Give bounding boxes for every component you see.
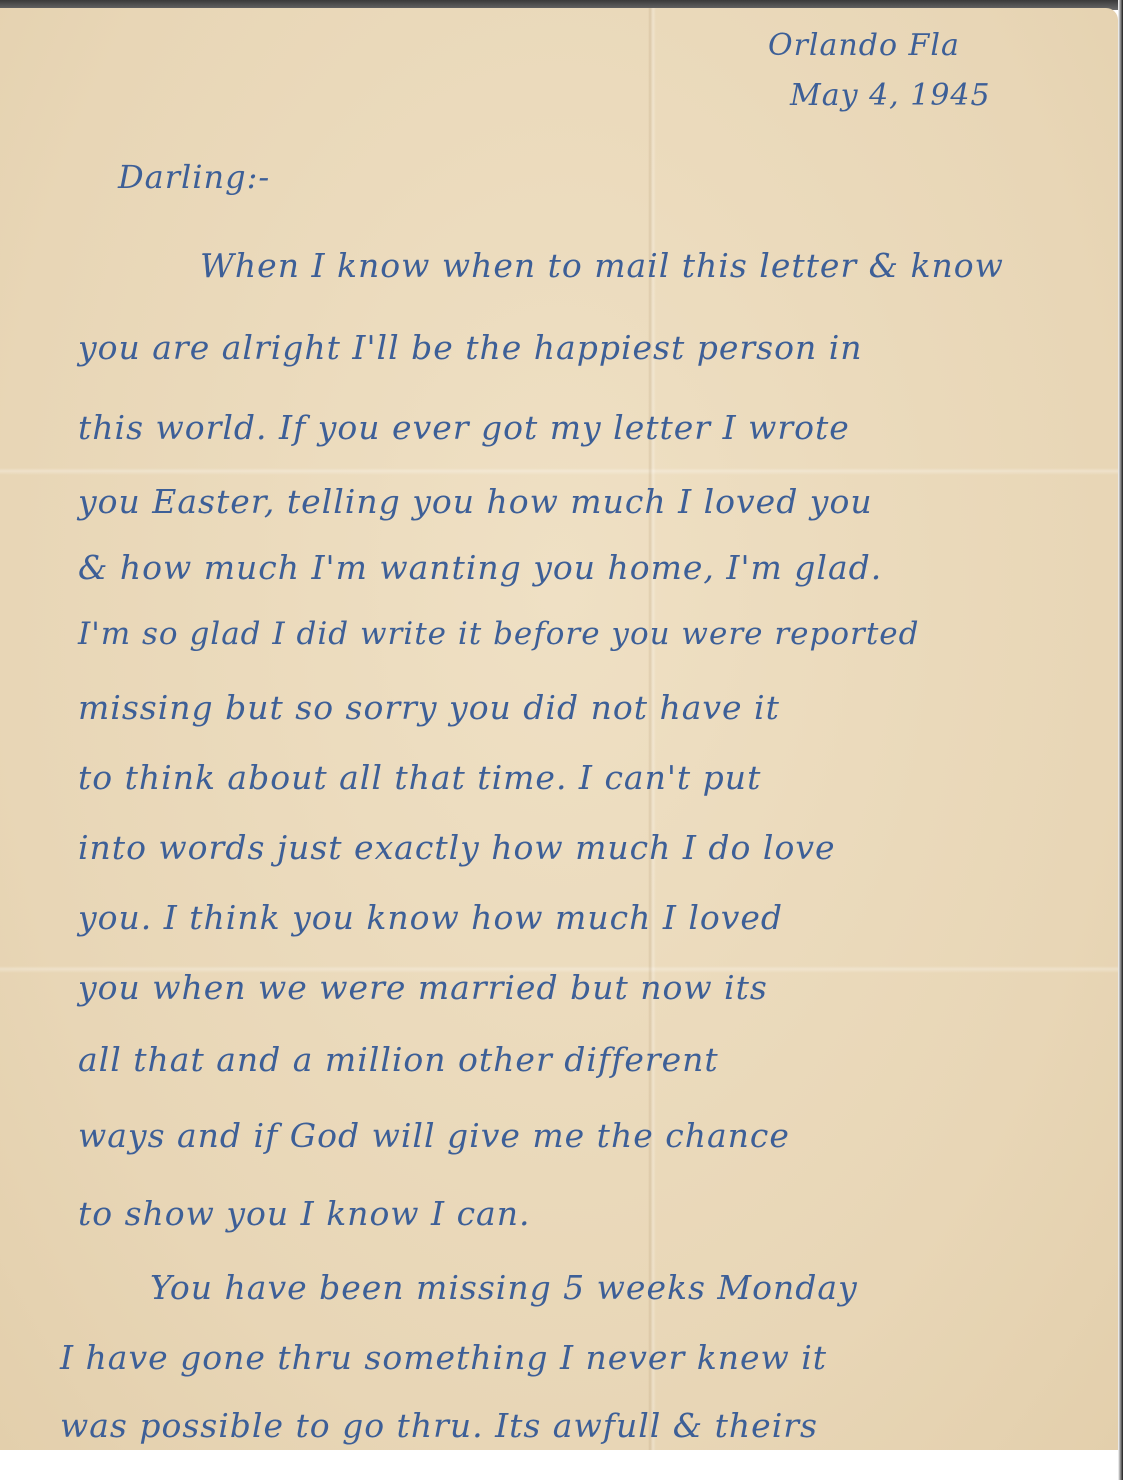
letter-line: you are alright I'll be the happiest per… xyxy=(78,328,863,367)
letter-line: you when we were married but now its xyxy=(78,968,768,1007)
letter-line: I'm so glad I did write it before you we… xyxy=(78,616,919,652)
letter-date: May 4, 1945 xyxy=(790,78,991,113)
letter-line: to think about all that time. I can't pu… xyxy=(78,758,761,797)
letter-line: all that and a million other different xyxy=(78,1040,719,1079)
letter-line: into words just exactly how much I do lo… xyxy=(78,828,836,867)
letter-line: you. I think you know how much I loved xyxy=(78,898,783,937)
letter-line: I have gone thru something I never knew … xyxy=(60,1338,827,1377)
letter-line: you Easter, telling you how much I loved… xyxy=(78,482,873,521)
letter-line: was possible to go thru. Its awfull & th… xyxy=(60,1406,818,1445)
letter-page: Orlando Fla May 4, 1945 Darling:- When I… xyxy=(0,8,1118,1450)
letter-line: & how much I'm wanting you home, I'm gla… xyxy=(78,548,882,587)
letter-line: You have been missing 5 weeks Monday xyxy=(150,1268,858,1307)
letter-line: ways and if God will give me the chance xyxy=(78,1116,790,1155)
letter-line: missing but so sorry you did not have it xyxy=(78,688,780,727)
letter-place: Orlando Fla xyxy=(768,28,960,63)
letter-salutation: Darling:- xyxy=(118,158,270,196)
letter-line: this world. If you ever got my letter I … xyxy=(78,408,850,447)
letter-line: to show you I know I can. xyxy=(78,1194,530,1233)
scanner-right-edge xyxy=(1118,0,1123,1480)
letter-line: When I know when to mail this letter & k… xyxy=(200,246,1004,285)
